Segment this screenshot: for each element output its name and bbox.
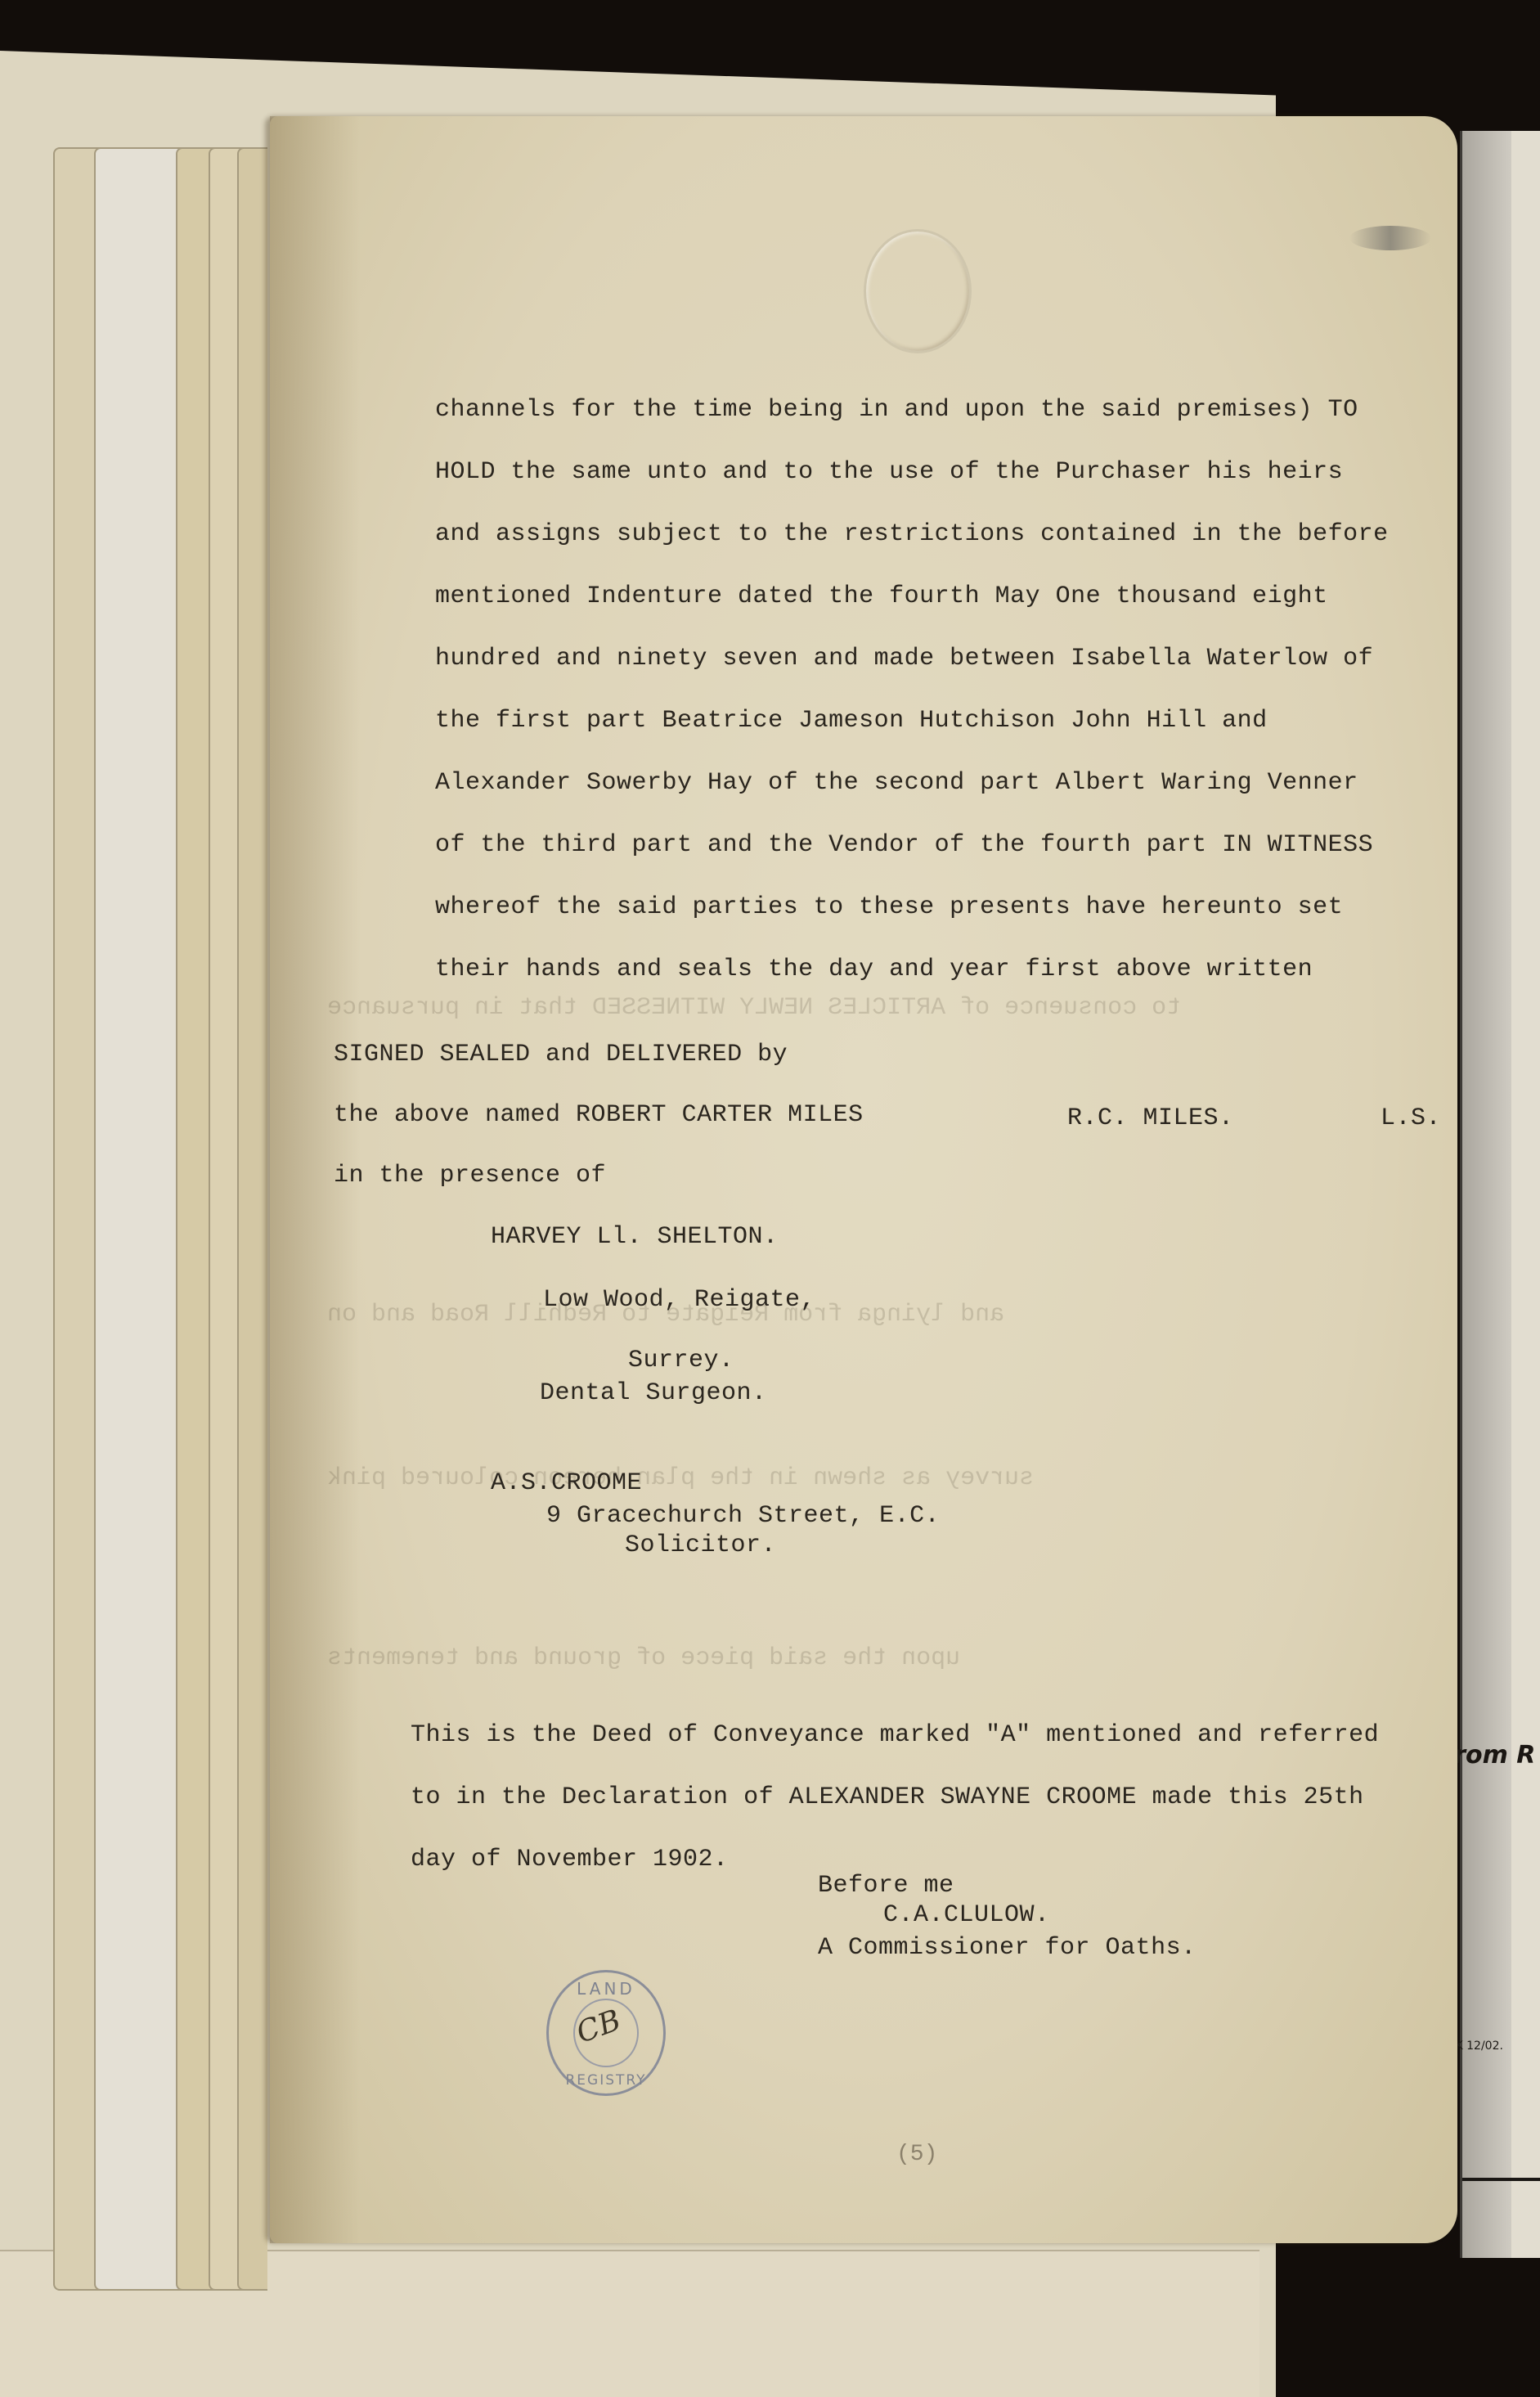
signature: R.C. MILES. xyxy=(1067,1104,1234,1132)
stamp-top-text: LAND xyxy=(549,1979,663,1999)
body-line: Alexander Sowerby Hay of the second part… xyxy=(435,769,1358,797)
body-line: mentioned Indenture dated the fourth May… xyxy=(435,582,1328,610)
seal-mark: L.S. xyxy=(1381,1104,1441,1132)
witness-occupation: Dental Surgeon. xyxy=(540,1379,767,1407)
body-line: and assigns subject to the restrictions … xyxy=(435,520,1389,548)
declaration-line: to in the Declaration of ALEXANDER SWAYN… xyxy=(411,1783,1364,1811)
witness-name: HARVEY Ll. SHELTON. xyxy=(491,1223,779,1251)
declaration-line: day of November 1902. xyxy=(411,1846,729,1873)
adjacent-document-rule xyxy=(1462,2178,1540,2181)
witness-address: Surrey. xyxy=(628,1347,734,1374)
bleed-through-text: to consuence of ARTICLES NEWLY WITNESSED… xyxy=(327,994,1181,1022)
body-line: hundred and ninety seven and made betwee… xyxy=(435,645,1373,672)
declaration-line: This is the Deed of Conveyance marked "A… xyxy=(411,1721,1379,1749)
body-line: the first part Beatrice Jameson Hutchiso… xyxy=(435,707,1268,735)
witness-address: Low Wood, Reigate, xyxy=(543,1286,815,1314)
body-line: channels for the time being in and upon … xyxy=(435,396,1358,424)
before-me: Before me xyxy=(818,1872,954,1900)
adjacent-document-band xyxy=(1462,131,1511,2258)
attestation-clause: SIGNED SEALED and DELIVERED by xyxy=(334,1041,788,1068)
commissioner-title: A Commissioner for Oaths. xyxy=(818,1934,1197,1962)
witness-occupation: Solicitor. xyxy=(625,1531,776,1559)
attestation-presence: in the presence of xyxy=(334,1162,606,1190)
witness-name: A.S.CROOME xyxy=(491,1469,642,1497)
stamp-bottom-text: REGISTRY xyxy=(549,2072,663,2089)
attestation-party: the above named ROBERT CARTER MILES xyxy=(334,1101,864,1129)
embossed-seal-icon xyxy=(864,229,972,353)
bleed-through-text: survey as shewn in the plan hereon colou… xyxy=(327,1464,1034,1492)
land-registry-stamp-icon: LAND REGISTRY CB xyxy=(546,1970,666,2096)
body-line: whereof the said parties to these presen… xyxy=(435,893,1343,921)
body-line: of the third part and the Vendor of the … xyxy=(435,831,1373,859)
bleed-through-text: upon the said piece of ground and teneme… xyxy=(327,1644,960,1672)
commissioner-name: C.A.CLULOW. xyxy=(883,1901,1050,1929)
body-line: their hands and seals the day and year f… xyxy=(435,956,1313,983)
page-number: (5) xyxy=(896,2142,937,2167)
adjacent-document xyxy=(1460,131,1540,2258)
body-line: HOLD the same unto and to the use of the… xyxy=(435,458,1343,486)
pencil-mark xyxy=(1349,226,1431,250)
page-stack-edges xyxy=(53,147,274,2291)
witness-address: 9 Gracechurch Street, E.C. xyxy=(546,1502,940,1530)
